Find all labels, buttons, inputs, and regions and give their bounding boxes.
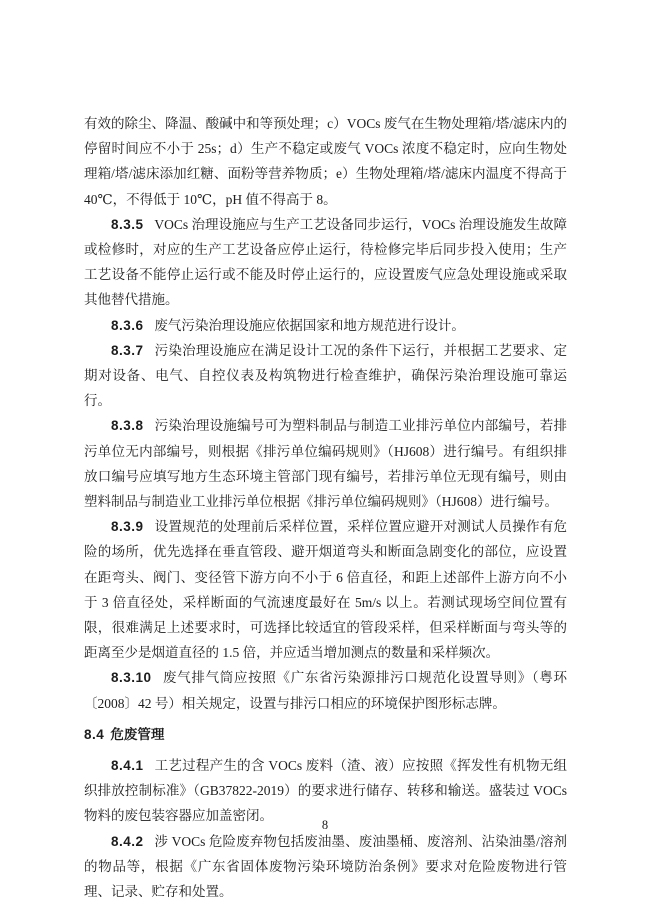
clause-text: VOCs 治理设施应与生产工艺设备同步运行，VOCs 治理设施发生故障或检修时，…	[84, 217, 567, 308]
clause-number: 8.3.7	[111, 343, 144, 358]
page-footer: 8	[0, 816, 650, 834]
paragraph-8-3-9: 8.3.9设置规范的处理前后采样位置，采样位置应避开对测试人员操作有危险的场所，…	[84, 514, 567, 665]
section-title: 危废管理	[110, 727, 164, 742]
clause-number: 8.3.10	[111, 670, 152, 685]
paragraph-8-3-7: 8.3.7污染治理设施应在满足设计工况的条件下运行，并根据工艺要求、定期对设备、…	[84, 338, 567, 414]
paragraph-continuation: 有效的除尘、降温、酸碱中和等预处理；c）VOCs 废气在生物处理箱/塔/滤床内的…	[84, 111, 567, 212]
clause-text: 工艺过程产生的含 VOCs 废料（渣、液）应按照《挥发性有机物无组织排放控制标准…	[84, 758, 567, 823]
clause-number: 8.3.9	[111, 519, 144, 534]
clause-text: 废气污染治理设施应依据国家和地方规范进行设计。	[154, 318, 465, 333]
clause-number: 8.4.1	[111, 758, 144, 773]
section-heading-8-4: 8.4危废管理	[84, 722, 567, 747]
clause-number: 8.3.6	[111, 318, 144, 333]
paragraph-8-3-10: 8.3.10废气排气筒应按照《广东省污染源排污口规范化设置导则》（粤环〔2008…	[84, 665, 567, 715]
clause-text: 设置规范的处理前后采样位置，采样位置应避开对测试人员操作有危险的场所，优先选择在…	[84, 519, 567, 660]
section-number: 8.4	[84, 727, 104, 742]
clause-text: 废气排气筒应按照《广东省污染源排污口规范化设置导则》（粤环〔2008〕42 号）…	[84, 670, 567, 710]
document-page: 有效的除尘、降温、酸碱中和等预处理；c）VOCs 废气在生物处理箱/塔/滤床内的…	[0, 0, 650, 919]
clause-text: 涉 VOCs 危险废弃物包括废油墨、废油墨桶、废溶剂、沾染油墨/溶剂的物品等，根…	[84, 834, 567, 899]
paragraph-8-3-6: 8.3.6废气污染治理设施应依据国家和地方规范进行设计。	[84, 313, 567, 338]
clause-text: 污染治理设施编号可为塑料制品与制造工业排污单位内部编号，若排污单位无内部编号，则…	[84, 418, 567, 509]
paragraph-8-3-8: 8.3.8污染治理设施编号可为塑料制品与制造工业排污单位内部编号，若排污单位无内…	[84, 413, 567, 514]
page-number: 8	[322, 818, 328, 832]
clause-number: 8.3.5	[111, 217, 144, 232]
document-content: 有效的除尘、降温、酸碱中和等预处理；c）VOCs 废气在生物处理箱/塔/滤床内的…	[84, 111, 567, 904]
clause-number: 8.3.8	[111, 418, 144, 433]
clause-number: 8.4.2	[111, 834, 144, 849]
paragraph-8-3-5: 8.3.5VOCs 治理设施应与生产工艺设备同步运行，VOCs 治理设施发生故障…	[84, 212, 567, 313]
clause-text: 污染治理设施应在满足设计工况的条件下运行，并根据工艺要求、定期对设备、电气、自控…	[84, 343, 567, 408]
paragraph-8-4-2: 8.4.2涉 VOCs 危险废弃物包括废油墨、废油墨桶、废溶剂、沾染油墨/溶剂的…	[84, 829, 567, 905]
